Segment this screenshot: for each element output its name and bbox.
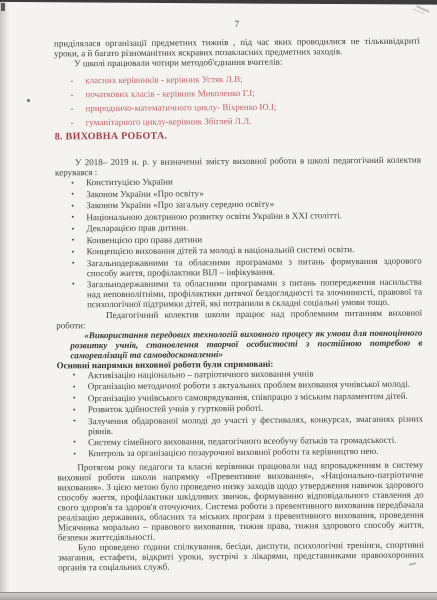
bullet-marker: • (73, 416, 88, 427)
basis-item-text: Конвенцією про права дитини (87, 232, 422, 245)
dash-marker: - (70, 75, 85, 85)
bullet-marker: • (71, 177, 86, 188)
bullet-marker: • (73, 404, 88, 415)
basis-item-text: Загальнодержавними та обласними програма… (87, 255, 422, 278)
basis-item-text: Концепцією виховання дітей та молоді в н… (87, 244, 422, 257)
direction-item-text: Організацію учнівського самоврядування, … (88, 390, 423, 403)
method-associations-intro: У школі працювали чотири методоб'єднання… (54, 56, 420, 69)
bullet-marker: • (72, 279, 87, 290)
method-associations-list: - класних керівників - керівник Устяк Л.… (54, 73, 420, 128)
problem-quote: «Використання передових технологій вихов… (70, 327, 422, 360)
method-association-item: - початкових класів - керівник Миколенко… (54, 87, 420, 100)
bullet-marker: • (73, 437, 88, 448)
section-heading: 8. ВИХОВНА РОБОТА. (55, 129, 421, 144)
basis-item-text: Декларацією прав дитини. (86, 221, 421, 234)
method-association-text: природничо-математичного циклу- Віхренко… (85, 101, 420, 114)
direction-item-text: Розвиток здібностей учнів у гуртковій ро… (88, 402, 423, 415)
bullet-marker: • (73, 393, 88, 404)
direction-item-text: Організацію методичної роботи з актуальн… (88, 379, 423, 392)
method-association-text: класних керівників - керівник Устяк Л.В; (85, 73, 420, 86)
basis-list: • Конституцією України • Законом України… (55, 175, 422, 309)
bullet-marker: • (72, 235, 87, 246)
scan-artifact-top-right (416, 5, 430, 13)
direction-item-text: Систему сімейного виховання, педагогічно… (88, 434, 423, 447)
scanned-document-page: 7 приділялася організації предметних тиж… (0, 0, 437, 600)
basis-item-text: Конституцією України (86, 175, 421, 188)
scan-artifact-top-left (1, 3, 5, 11)
method-association-item: - природничо-математичного циклу- Віхрен… (54, 101, 420, 114)
prevention-paragraph: Протягом року педагоги та класні керівни… (57, 459, 424, 542)
method-association-item: - класних керівників - керівник Устяк Л.… (54, 73, 420, 86)
dash-marker: - (70, 89, 85, 99)
bullet-marker: • (71, 200, 86, 211)
direction-item: • Контроль за організацією позаурочної в… (57, 446, 423, 459)
dash-marker: - (70, 103, 85, 113)
scan-edge-top (0, 0, 437, 5)
scan-artifact-left-dot (27, 99, 30, 102)
bullet-marker: • (72, 258, 87, 269)
basis-item: • Загальнодержавними та обласними програ… (56, 255, 422, 278)
direction-item: • Залучення обдарованої молоді до участі… (57, 413, 423, 436)
method-association-item: - гуманітарного циклу-керівник Збіглей Л… (55, 115, 421, 128)
scan-edge-bottom (0, 592, 437, 600)
basis-item: • Загальнодержавними та обласними програ… (56, 276, 422, 309)
bullet-marker: • (71, 212, 86, 223)
basis-item-text: Національною доктриною розвитку освіти У… (86, 209, 421, 222)
direction-item-text: Активізацію національно – патріотичного … (88, 367, 423, 380)
bullet-marker: • (73, 381, 88, 392)
direction-item-text: Контроль за організацією позаурочної вих… (88, 446, 423, 459)
method-association-text: гуманітарного циклу-керівник Збіглей Л.Л… (86, 115, 421, 128)
bullet-marker: • (73, 370, 88, 381)
page-number: 7 (54, 19, 420, 32)
bullet-marker: • (71, 189, 86, 200)
basis-item-text: Законом України «Про загальну середню ос… (86, 198, 421, 211)
page-content: 7 приділялася організації предметних тиж… (54, 19, 424, 572)
bullet-marker: • (71, 223, 86, 234)
directions-list: • Активізацію національно – патріотичног… (57, 367, 424, 459)
dash-marker: - (71, 117, 86, 127)
bullet-marker: • (73, 448, 88, 459)
direction-item-text: Залучення обдарованої молоді до участі у… (88, 413, 423, 436)
basis-item-text: Законом України «Про освіту» (86, 186, 421, 199)
bullet-marker: • (72, 246, 87, 257)
activities-paragraph: Було проведено години спілкування, бесід… (58, 539, 424, 572)
method-association-text: початкових класів - керівник Миколенко Г… (85, 87, 420, 100)
basis-item-text: Загальнодержавними та обласними програма… (87, 276, 422, 309)
scan-edge-left (0, 0, 9, 600)
